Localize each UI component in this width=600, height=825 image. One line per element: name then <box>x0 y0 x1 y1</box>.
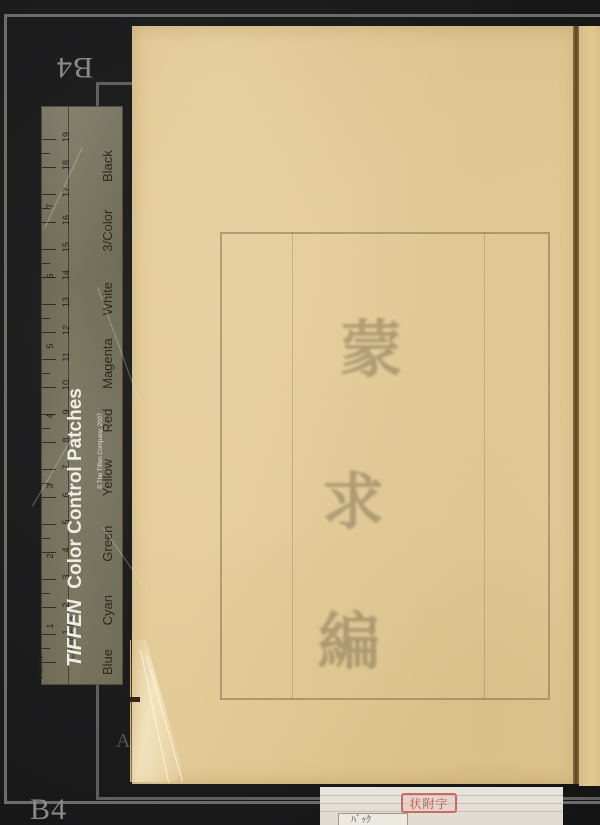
title-character: 蒙 <box>340 300 402 389</box>
patch-label: Black <box>100 132 115 182</box>
cm-label: 19 <box>61 127 71 147</box>
printed-column-rule <box>292 232 293 700</box>
cm-label: 11 <box>61 347 71 367</box>
next-page-edge <box>579 26 600 786</box>
cm-label: 12 <box>61 320 71 340</box>
patch-label: Cyan <box>100 565 115 625</box>
cm-label: 13 <box>61 292 71 312</box>
patch-label: Yellow <box>100 436 115 496</box>
tiffen-logo: TIFFEN <box>64 600 86 667</box>
slip-tag: ﾊﾞｯｸ <box>338 813 408 825</box>
printed-column-rule <box>484 232 485 700</box>
inch-label: 5 <box>45 336 55 356</box>
cm-label: 14 <box>61 265 71 285</box>
patch-label: 3/Color <box>100 186 115 252</box>
cm-label: 16 <box>61 210 71 230</box>
patch-label: White <box>100 255 115 315</box>
cm-label: 15 <box>61 237 71 257</box>
board-mark-a: A <box>116 730 130 753</box>
patch-label: Green <box>100 500 115 562</box>
ruler-product-name: Color Control Patches <box>65 388 86 589</box>
inch-label: 2 <box>45 546 55 566</box>
red-seal-stamp: 状附字 <box>401 793 457 813</box>
title-character: 求 <box>322 452 384 541</box>
patch-label: Red <box>100 393 115 433</box>
patch-label: Blue <box>100 629 115 675</box>
inch-label: 6 <box>45 266 55 286</box>
inch-label: 1 <box>45 616 55 636</box>
ruler-brand: TIFFEN Color Control Patches <box>64 388 87 667</box>
title-character: 編 <box>318 592 380 681</box>
page-edge-mark <box>130 697 140 702</box>
board-label-bottom: B4 <box>30 793 67 825</box>
inch-label: 4 <box>45 406 55 426</box>
inches-unit-label: Inches <box>35 656 44 680</box>
color-control-ruler: 1 2 3 4 5 6 7 1 2 3 4 5 6 7 8 9 10 11 12… <box>42 107 122 684</box>
cm-label: 17 <box>61 182 71 202</box>
patch-labels: Blue Cyan Green Yellow Red Magenta White… <box>100 115 115 675</box>
board-label-top: B4 <box>56 50 93 84</box>
